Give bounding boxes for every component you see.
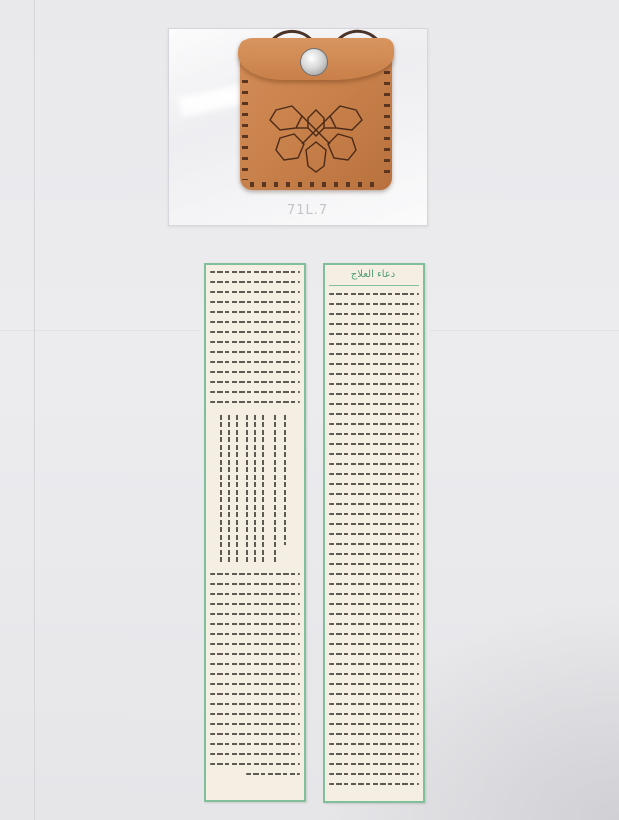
stitching-bottom <box>250 182 382 187</box>
geometric-star-icon <box>256 80 376 180</box>
handwriting-block-bottom <box>210 573 300 783</box>
paper-strip-right: دعاء العلاج <box>323 263 425 803</box>
pouch-flap <box>238 38 394 80</box>
stitching-left <box>242 80 248 180</box>
leather-pouch <box>240 40 392 190</box>
bag-mark: 71L.7 <box>287 203 328 218</box>
paper-fold-line <box>430 330 619 331</box>
strip-title: دعاء العلاج <box>335 269 411 283</box>
title-divider <box>329 285 419 286</box>
handwriting-block-top <box>210 271 300 411</box>
paper-fold-line <box>0 330 200 331</box>
paper-crease-line <box>34 0 35 820</box>
handwriting-block <box>329 293 419 793</box>
stitching-right <box>384 60 390 180</box>
paper-strip-left <box>204 263 306 802</box>
snap-button-icon <box>300 48 328 76</box>
vertical-writing-block <box>212 415 298 565</box>
